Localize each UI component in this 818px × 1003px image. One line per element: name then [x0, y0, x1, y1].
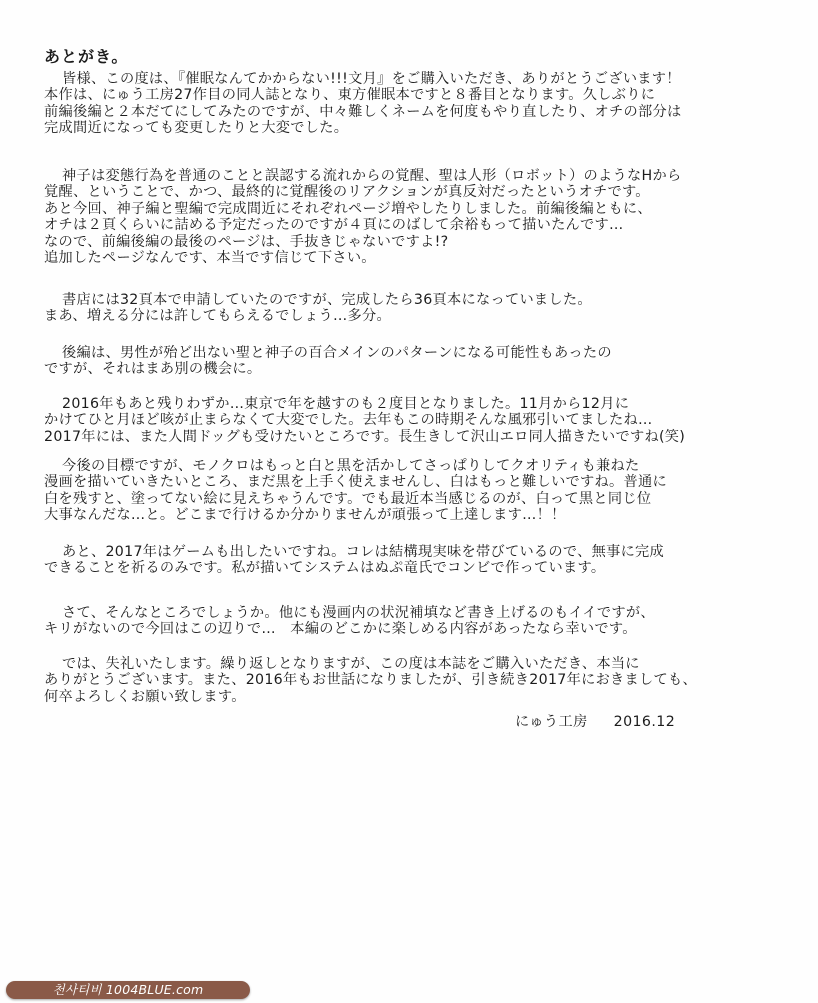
- paragraph-line: 白を残すと、塗ってない絵に見えちゃうんです。でも最近本当感じるのが、白って黒と同…: [44, 491, 804, 507]
- paragraph-line: かけてひと月ほど咳が止まらなくて大変でした。去年もこの時期そんな風邪引いてました…: [44, 412, 804, 428]
- paragraph: 今後の目標ですが、モノクロはもっと白と黒を活かしてさっぱりしてクオリティも兼ねた…: [44, 458, 804, 524]
- paragraph-line: なので、前編後編の最後のページは、手抜きじゃないですよ!?: [44, 234, 804, 250]
- paragraph-line: あと、2017年はゲームも出したいですね。コレは結構現実味を帯びているので、無事…: [44, 544, 804, 560]
- afterword-page: あとがき。 皆様、この度は、『催眠なんてかからない!!!文月』をご購入いただき、…: [0, 0, 818, 1003]
- paragraph: 皆様、この度は、『催眠なんてかからない!!!文月』をご購入いただき、ありがとうご…: [44, 71, 804, 137]
- signature-date: 2016.12: [614, 714, 675, 730]
- paragraph-line: 本作は、にゅう工房27作目の同人誌となり、東方催眠本ですと８番目となります。久し…: [44, 87, 804, 103]
- paragraph-line: あと今回、神子編と聖編で完成間近にそれぞれページ増やしたりしました。前編後編とも…: [44, 201, 804, 217]
- paragraph: 神子は変態行為を普通のことと誤認する流れからの覚醒、聖は人形（ロボット）のような…: [44, 168, 804, 266]
- paragraph-line: キリがないので今回はこの辺りで… 本編のどこかに楽しめる内容があったなら幸いです…: [44, 621, 804, 637]
- paragraph-line: 2016年もあと残りわずか…東京で年を越すのも２度目となりました。11月から12…: [44, 396, 804, 412]
- paragraph-line: 皆様、この度は、『催眠なんてかからない!!!文月』をご購入いただき、ありがとうご…: [44, 71, 804, 87]
- paragraph-line: 今後の目標ですが、モノクロはもっと白と黒を活かしてさっぱりしてクオリティも兼ねた: [44, 458, 804, 474]
- paragraph-line: 前編後編と２本だてにしてみたのですが、中々難しくネームを何度もやり直したり、オチ…: [44, 104, 804, 120]
- paragraph: 2016年もあと残りわずか…東京で年を越すのも２度目となりました。11月から12…: [44, 396, 804, 445]
- paragraph-line: 書店には32頁本で申請していたのですが、完成したら36頁本になっていました。: [44, 292, 804, 308]
- paragraph-line: 大事なんだな…と。どこまで行けるか分かりませんが頑張って上達します…！！: [44, 507, 804, 523]
- paragraph: 後編は、男性が殆ど出ない聖と神子の百合メインのパターンになる可能性もあったのです…: [44, 345, 804, 378]
- paragraph: あと、2017年はゲームも出したいですね。コレは結構現実味を帯びているので、無事…: [44, 544, 804, 577]
- paragraph-line: 後編は、男性が殆ど出ない聖と神子の百合メインのパターンになる可能性もあったの: [44, 345, 804, 361]
- signature: にゅう工房2016.12: [515, 711, 675, 731]
- paragraph-line: まあ、増える分には許してもらえるでしょう…多分。: [44, 308, 804, 324]
- paragraph-line: オチは２頁くらいに詰める予定だったのですが４頁にのばして余裕もって描いたんです…: [44, 217, 804, 233]
- paragraph-line: ですが、それはまあ別の機会に。: [44, 361, 804, 377]
- page-title: あとがき。: [44, 44, 128, 67]
- signature-circle-name: にゅう工房: [515, 714, 588, 730]
- paragraph-line: ありがとうございます。また、2016年もお世話になりましたが、引き続き2017年…: [44, 672, 804, 688]
- paragraph: では、失礼いたします。繰り返しとなりますが、この度は本誌をご購入いただき、本当に…: [44, 656, 804, 705]
- paragraph-line: 神子は変態行為を普通のことと誤認する流れからの覚醒、聖は人形（ロボット）のような…: [44, 168, 804, 184]
- paragraph-line: 2017年には、また人間ドッグも受けたいところです。長生きして沢山エロ同人描きた…: [44, 429, 804, 445]
- paragraph: 書店には32頁本で申請していたのですが、完成したら36頁本になっていました。まあ…: [44, 292, 804, 325]
- paragraph-line: 覚醒、ということで、かつ、最終的に覚醒後のリアクションが真反対だったというオチで…: [44, 184, 804, 200]
- paragraph: さて、そんなところでしょうか。他にも漫画内の状況補填など書き上げるのもイイですが…: [44, 605, 804, 638]
- paragraph-line: できることを祈るのみです。私が描いてシステムはぬぷ竜氏でコンビで作っています。: [44, 560, 804, 576]
- paragraph-line: 完成間近になっても変更したりと大変でした。: [44, 120, 804, 136]
- watermark-banner: 천사티비 1004BLUE.com: [6, 981, 250, 999]
- paragraph-line: 追加したページなんです、本当です信じて下さい。: [44, 250, 804, 266]
- paragraph-line: では、失礼いたします。繰り返しとなりますが、この度は本誌をご購入いただき、本当に: [44, 656, 804, 672]
- paragraph-line: 漫画を描いていきたいところ、まだ黒を上手く使えませんし、白はもっと難しいですね。…: [44, 474, 804, 490]
- paragraph-line: 何卒よろしくお願い致します。: [44, 689, 804, 705]
- paragraph-line: さて、そんなところでしょうか。他にも漫画内の状況補填など書き上げるのもイイですが…: [44, 605, 804, 621]
